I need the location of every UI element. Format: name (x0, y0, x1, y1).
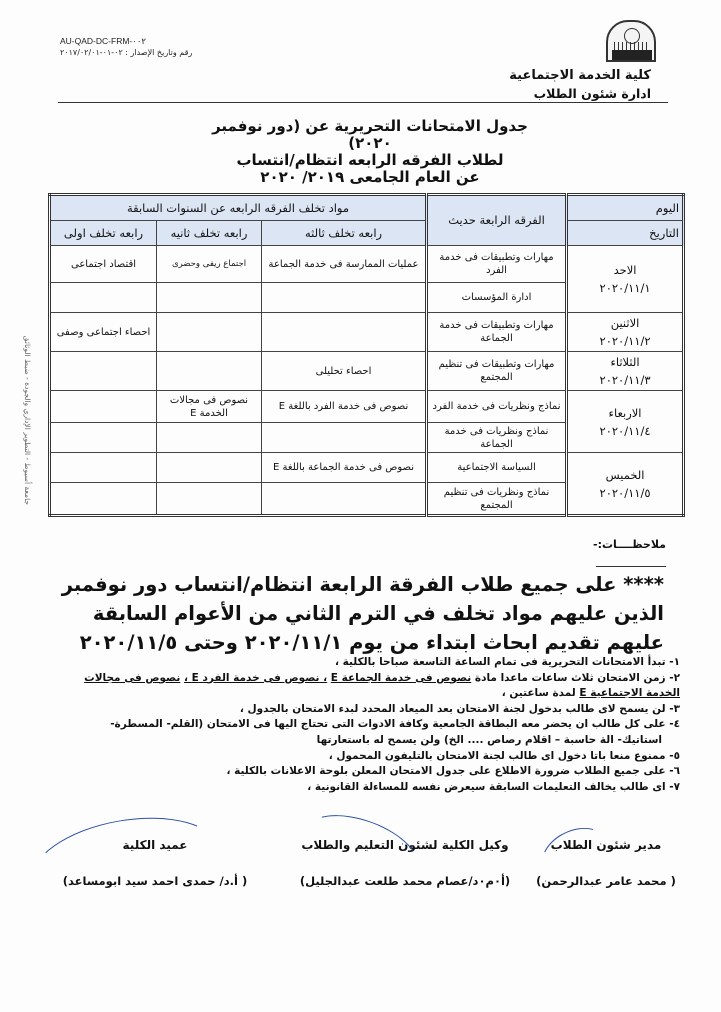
table-row: الثلاثاء ٢٠٢٠/١١/٣ مهارات وتطبيقات فى تن… (50, 352, 684, 391)
university-logo-icon (606, 20, 656, 62)
rule-5: ٥- ممنوع منعا باتا دخول اى طالب لجنة الا… (55, 749, 680, 765)
header-fourth-year-new: الفرقه الرابعة حديث (427, 195, 567, 246)
cell-third: نصوص فى خدمة الفرد باللغة E (262, 391, 427, 423)
cell-first (50, 283, 157, 313)
cell-second (157, 483, 262, 516)
table-row: الاثنين ٢٠٢٠/١١/٢ مهارات وتطبيقات فى خدم… (50, 313, 684, 352)
rays-emblem (614, 42, 648, 50)
cell-first (50, 423, 157, 453)
cell-first (50, 453, 157, 483)
rule-2-text: ٢- زمن الامتحان ثلاث ساعات ماعدا مادة (475, 672, 680, 684)
day-name: الثلاثاء (571, 353, 679, 371)
cell-first (50, 483, 157, 516)
cell-second (157, 453, 262, 483)
title-line-1: جدول الامتحانات التحريرية عن (دور نوفمبر… (200, 118, 540, 152)
cell-new: مهارات وتطبيقات فى خدمة الجماعة (427, 313, 567, 352)
rule-4-continued: استاتيك- الة حاسبة – اقلام رصاص .... الخ… (55, 733, 680, 749)
day-cell: الاربعاء ٢٠٢٠/١١/٤ (567, 391, 684, 453)
day-cell: الاثنين ٢٠٢٠/١١/٢ (567, 313, 684, 352)
faculty-name: كلية الخدمة الاجتماعية (509, 68, 651, 83)
document-code: AU-QAD-DC-FRM-٠٠٢ (60, 36, 200, 47)
cell-third (262, 483, 427, 516)
title-line-2: لطلاب الفرقه الرابعه انتظام/انتساب (200, 152, 540, 169)
cell-third: عمليات الممارسة فى خدمة الجماعة (262, 246, 427, 283)
day-date: ٢٠٢٠/١١/١ (571, 279, 679, 297)
day-name: الاحد (571, 261, 679, 279)
rule-6: ٦- على جميع الطلاب ضرورة الاطلاع على جدو… (55, 764, 680, 780)
cell-second (157, 352, 262, 391)
day-date: ٢٠٢٠/١١/٢ (571, 332, 679, 350)
cell-first: احصاء اجتماعى وصفى (50, 313, 157, 352)
cell-third (262, 423, 427, 453)
table-row: الخميس ٢٠٢٠/١١/٥ السياسة الاجتماعية نصوص… (50, 453, 684, 483)
cell-third (262, 283, 427, 313)
cell-first (50, 352, 157, 391)
day-name: الاربعاء (571, 404, 679, 422)
page-title: جدول الامتحانات التحريرية عن (دور نوفمبر… (200, 118, 540, 186)
cell-new: مهارات وتطبيقات فى تنظيم المجتمع (427, 352, 567, 391)
header-backlog-group: مواد تخلف الفرقه الرابعه عن السنوات السا… (50, 195, 427, 221)
rule-4: ٤- على كل طالب ان يحضر معه البطاقة الجام… (55, 717, 680, 733)
header-divider (58, 102, 668, 103)
table-row: الاحد ٢٠٢٠/١١/١ مهارات وتطبيقات فى خدمة … (50, 246, 684, 283)
cell-first (50, 391, 157, 423)
cell-second (157, 423, 262, 453)
rule-2-duration: لمدة ساعتين ، (502, 687, 576, 699)
day-name: الخميس (571, 466, 679, 484)
cell-new: نماذج ونظريات فى خدمة الجماعة (427, 423, 567, 453)
header-backlog-first: رابعه تخلف اولى (50, 221, 157, 246)
day-name: الاثنين (571, 314, 679, 332)
cell-third: احصاء تحليلى (262, 352, 427, 391)
day-date: ٢٠٢٠/١١/٤ (571, 422, 679, 440)
cell-new: السياسة الاجتماعية (427, 453, 567, 483)
cell-third (262, 313, 427, 352)
rule-1: ١- تبدأ الامتحانات التحريرية فى تمام الس… (55, 655, 680, 671)
cell-new: نماذج ونظريات فى خدمة الفرد (427, 391, 567, 423)
day-cell: الثلاثاء ٢٠٢٠/١١/٣ (567, 352, 684, 391)
day-date: ٢٠٢٠/١١/٣ (571, 371, 679, 389)
exam-schedule-table: اليوم الفرقه الرابعة حديث مواد تخلف الفر… (48, 193, 685, 517)
header-day: اليوم (567, 195, 684, 221)
cell-second (157, 313, 262, 352)
table-row: الاربعاء ٢٠٢٠/١١/٤ نماذج ونظريات فى خدمة… (50, 391, 684, 423)
rule-2-subject-individual: ، نصوص فى خدمة الفرد E ، (184, 672, 327, 684)
rule-3: ٣- لن يسمح لاى طالب بدخول لجنة الامتحان … (55, 702, 680, 718)
document-issue-date: رقم وتاريخ الإصدار : ٠٢-٠١-٢٠١٧/٠٢/٠١ (60, 48, 210, 57)
logo-wordmark (612, 50, 652, 60)
cell-second: اجتماع ريفى وحضرى (157, 246, 262, 283)
exam-rules-list: ١- تبدأ الامتحانات التحريرية فى تمام الس… (55, 655, 680, 795)
cell-second (157, 283, 262, 313)
notes-label: ملاحظــــات:- (593, 538, 666, 551)
notes-underline (596, 566, 666, 567)
handwritten-signature-icon (23, 804, 228, 928)
header-backlog-second: رابعه تخلف ثانيه (157, 221, 262, 246)
title-line-3: عن العام الجامعى ٢٠١٩/ ٢٠٢٠ (200, 169, 540, 186)
day-cell: الاحد ٢٠٢٠/١١/١ (567, 246, 684, 313)
department-name: ادارة شئون الطلاب (534, 86, 651, 101)
header-date: التاريخ (567, 221, 684, 246)
rule-7: ٧- اى طالب يخالف التعليمات السابقة سيعرض… (55, 780, 680, 796)
cell-new: نماذج ونظريات فى تنظيم المجتمع (427, 483, 567, 516)
side-watermark-text: جامعة أسيوط - التطوير الإداري والجودة - … (23, 205, 32, 505)
day-cell: الخميس ٢٠٢٠/١١/٥ (567, 453, 684, 516)
header-backlog-third: رابعه تخلف ثالثه (262, 221, 427, 246)
rule-2-subject-group: نصوص فى خدمة الجماعة E (331, 672, 471, 684)
cell-second: نصوص فى مجالات الخدمة E (157, 391, 262, 423)
research-announcement: **** على جميع طلاب الفرقة الرابعة انتظام… (40, 570, 664, 657)
rule-2: ٢- زمن الامتحان ثلاث ساعات ماعدا مادة نص… (55, 671, 680, 702)
cell-third: نصوص فى خدمة الجماعة باللغة E (262, 453, 427, 483)
cell-first: اقتصاد اجتماعى (50, 246, 157, 283)
cell-new: ادارة المؤسسات (427, 283, 567, 313)
day-date: ٢٠٢٠/١١/٥ (571, 484, 679, 502)
cell-new: مهارات وتطبيقات فى خدمة الفرد (427, 246, 567, 283)
